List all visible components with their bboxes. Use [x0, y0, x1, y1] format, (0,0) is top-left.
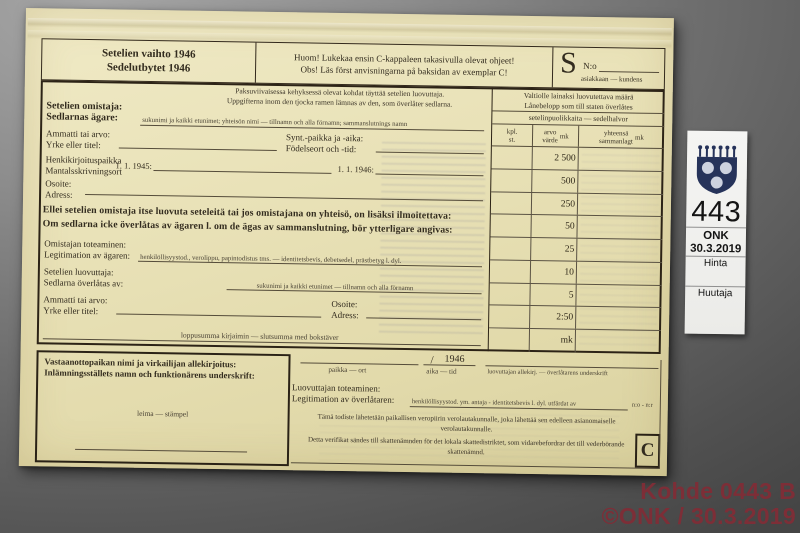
stamp-label: leima — stämpel	[38, 407, 288, 420]
denomination-value: 250	[532, 193, 578, 215]
birth-label-sv: Födelseort och -tid:	[286, 143, 357, 154]
place-line	[300, 362, 418, 365]
col-value-fi: arvo	[542, 128, 558, 136]
denomination-row: 2:50	[489, 306, 661, 331]
denomination-value: 2 500	[533, 147, 579, 169]
deliverer-label-fi: Setelien luovuttaja:	[44, 266, 114, 277]
receiver-signature-line	[75, 449, 247, 453]
amount-table: Valtiolle lainaksi luovutettava määrä Lå…	[488, 87, 665, 354]
birth-label-fi: Synt.-paikka ja -aika:	[286, 132, 363, 143]
serial-cell: S N:o asiakkaan — kundens	[552, 47, 665, 89]
banknote-exchange-form: Setelien vaihto 1946 Sedelutbytet 1946 H…	[19, 8, 674, 476]
col-qty: kpl. st.	[492, 124, 533, 146]
receiver-box: Vastaanottopaikan nimi ja virkailijan al…	[35, 350, 291, 466]
denomination-row: 10	[490, 260, 662, 285]
place-label: paikka — ort	[328, 366, 366, 375]
col-total: yhteensäsammanlagt mk	[579, 126, 664, 148]
photo-background: Setelien vaihto 1946 Sedelutbytet 1946 H…	[0, 0, 800, 533]
coat-of-arms-icon	[686, 131, 747, 198]
lot-number: 443	[686, 197, 746, 228]
tag-divider: ONK 30.3.2019	[686, 227, 746, 257]
denomination-value: 2:50	[530, 306, 576, 328]
address2-label-sv: Adress:	[331, 310, 359, 320]
denomination-row: 25	[490, 237, 662, 262]
denomination-row: 500	[491, 169, 663, 194]
total-row: mk	[489, 328, 661, 353]
domicile-label-sv: Mantalsskrivningsort	[45, 165, 122, 176]
form-title-sv: Sedelutbytet 1946	[42, 59, 255, 76]
address2-label-fi: Osoite:	[331, 299, 357, 309]
copy-letter-box: C	[635, 434, 661, 468]
amount-table-title: Valtiolle lainaksi luovutettava määrä Lå…	[492, 87, 664, 114]
occupation2-label-fi: Ammatti tai arvo:	[43, 294, 107, 305]
form-notice-cell: Huom! Lukekaa ensin C-kappaleen takasivu…	[256, 43, 553, 88]
domicile-label-fi: Henkikirjoituspaikka	[46, 154, 122, 165]
address1-label-fi: Osoite:	[45, 178, 71, 188]
denomination-row: 50	[490, 215, 662, 240]
occupation1-label-fi: Ammatti tai arvo:	[46, 128, 110, 139]
col-qty-sv: st.	[509, 135, 516, 143]
col-total-sv: sammanlagt	[599, 137, 633, 146]
amount-table-column-headers: kpl. st. arvovärde mk yhteensäsammanlagt…	[492, 124, 664, 149]
domicile-date-1946: 1. 1. 1946:	[337, 164, 374, 175]
caption-lot-line: Kohde 0443 B	[602, 479, 796, 504]
col-total-unit: mk	[635, 133, 644, 141]
year-1946: 1946	[444, 354, 464, 365]
bidder-label: Huutaja	[685, 286, 746, 333]
denomination-value: 50	[531, 215, 577, 237]
price-label: Hinta	[685, 256, 745, 287]
denomination-value: 10	[531, 261, 577, 283]
tag-date: 30.3.2019	[686, 243, 746, 257]
tag-org: ONK	[686, 228, 746, 244]
serial-letter: S	[560, 47, 577, 79]
deliverer-id-label-fi: Luovuttajan toteaminen:	[292, 382, 380, 393]
owner-label-sv: Sedlarnas ägare:	[46, 111, 118, 123]
form-title-cell: Setelien vaihto 1946 Sedelutbytet 1946	[42, 39, 257, 82]
watermark-caption: Kohde 0443 B ©ONK / 30.3.2019	[602, 479, 796, 529]
owner-id-label-fi: Omistajan toteaminen:	[44, 238, 126, 249]
showthrough-text	[379, 142, 486, 338]
col-value: arvovärde mk	[533, 125, 579, 147]
caption-date-line: ©ONK / 30.3.2019	[602, 504, 796, 529]
footer-paragraph-fi: Tämä todiste lähetetään paikallisen vero…	[301, 412, 631, 436]
denomination-row: 5	[489, 283, 661, 308]
deliverer-id-label-sv: Legitimation av överlåtaren:	[292, 393, 395, 405]
col-qty-fi: kpl.	[507, 127, 518, 135]
time-label: aika — tid	[426, 367, 456, 375]
deliverer-label-sv: Sedlarna överlåtas av:	[44, 277, 124, 288]
address1-label-sv: Adress:	[45, 189, 73, 199]
deliverer-id-no-label: n:o - n:r	[632, 402, 653, 409]
right-rule	[659, 360, 662, 468]
total-unit: mk	[530, 329, 576, 352]
domicile-date-1945: 1. 1. 1945:	[115, 160, 152, 171]
col-value-sv: värde	[542, 136, 558, 144]
footer-paragraphs: Tämä todiste lähetetään paikallisen vero…	[301, 412, 632, 459]
owner-id-label-sv: Legitimation av ägaren:	[44, 249, 130, 260]
auction-tag: 443 ONK 30.3.2019 Hinta Huutaja	[685, 131, 748, 335]
denomination-value: 500	[532, 170, 578, 192]
denomination-row: 250	[491, 192, 663, 217]
denomination-value: 25	[531, 238, 577, 260]
occupation2-label-sv: Yrke eller titel:	[43, 305, 98, 316]
denomination-row: 2 500	[492, 146, 664, 171]
serial-no-label: N:o	[583, 61, 597, 71]
deliverer-signature-label: luovuttajan allekirj. — överlåtarens und…	[487, 368, 608, 377]
occupation1-label-sv: Yrke eller titel:	[46, 139, 101, 150]
serial-no-line	[599, 71, 659, 73]
col-value-unit: mk	[560, 132, 569, 140]
serial-sub-label: asiakkaan — kundens	[581, 75, 643, 84]
denomination-value: 5	[530, 284, 576, 306]
